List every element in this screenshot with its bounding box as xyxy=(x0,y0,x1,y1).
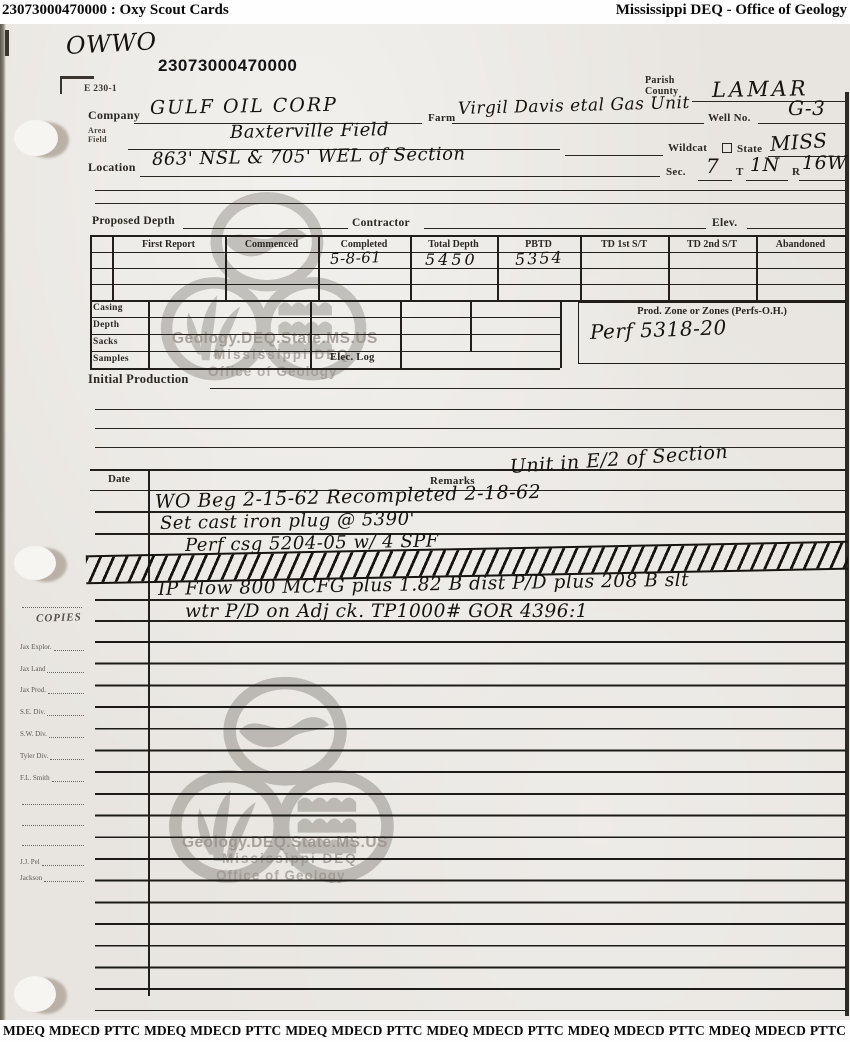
handwritten-sec-value: 7 xyxy=(706,154,719,178)
handwritten-remark-line5: wtr P/D on Adj ck. TP1000# GOR 4396:1 xyxy=(185,601,588,622)
punch-hole xyxy=(14,976,56,1012)
footer-token: PTTC xyxy=(386,1023,422,1042)
dotted-leader xyxy=(47,709,84,716)
blank-line xyxy=(95,203,845,204)
copies-item-label: Jax Prod. xyxy=(20,686,46,694)
dotted-leader xyxy=(22,819,84,826)
footer-token: MDECD xyxy=(614,1023,665,1042)
ruled-lines-block xyxy=(95,641,846,1011)
footer-token: MDEQ xyxy=(285,1023,327,1042)
copies-item: S.W. Div. xyxy=(20,730,84,738)
field-label-line2: Field xyxy=(88,135,107,144)
punch-hole-opening xyxy=(14,976,56,1012)
field-label: Area Field xyxy=(88,126,107,144)
sec-label: Sec. xyxy=(666,166,686,178)
township-underline xyxy=(746,180,788,181)
casing-grid-line xyxy=(90,334,560,336)
contractor-label: Contractor xyxy=(352,217,410,229)
copies-item-label: J.J. Pel xyxy=(20,858,40,866)
contractor-underline xyxy=(424,228,706,229)
range-label: R xyxy=(792,166,800,178)
elec-log-label: Elec. Log xyxy=(330,352,375,363)
footer-token: MDECD xyxy=(331,1023,382,1042)
footer-token: MDECD xyxy=(755,1023,806,1042)
handwritten-field-value: Baxterville Field xyxy=(230,119,389,143)
handwritten-total-depth: 5450 xyxy=(425,250,478,269)
farm-underline xyxy=(452,123,704,124)
watermark-text-office: Office of Geology xyxy=(208,364,338,379)
township-label: T xyxy=(736,166,744,178)
company-label: Company xyxy=(88,108,140,123)
blank-line xyxy=(95,428,846,429)
pre-wildcat-underline xyxy=(565,155,663,156)
copies-item xyxy=(20,798,84,805)
print-header: 23073000470000 : Oxy Scout Cards Mississ… xyxy=(0,0,850,24)
well-no-label: Well No. xyxy=(708,112,751,124)
copies-title: COPIES xyxy=(36,611,82,625)
well-no-underline xyxy=(758,123,846,124)
copies-item-label: S.E. Div. xyxy=(20,708,45,716)
footer-token: PTTC xyxy=(245,1023,281,1042)
location-label: Location xyxy=(88,160,136,175)
footer-token: MDEQ xyxy=(3,1023,45,1042)
handwritten-well-no-value: G-3 xyxy=(788,96,825,120)
range-underline xyxy=(799,180,846,181)
footer-token: MDEQ xyxy=(426,1023,468,1042)
col-header-commenced: Commenced xyxy=(225,239,318,250)
sacks-row-label: Sacks xyxy=(93,337,118,347)
footer-token: MDEQ xyxy=(144,1023,186,1042)
copies-item-label: Tyler Div. xyxy=(20,752,48,760)
elev-underline xyxy=(747,228,845,229)
location-underline xyxy=(140,176,660,177)
casing-grid-line xyxy=(560,300,562,368)
dotted-leader xyxy=(22,798,84,805)
date-column-header: Date xyxy=(90,473,148,485)
footer-token: PTTC xyxy=(810,1023,846,1042)
casing-grid-line xyxy=(90,317,560,319)
samples-row-label: Samples xyxy=(93,354,129,364)
blank-line xyxy=(95,447,846,448)
dotted-leader xyxy=(50,753,84,760)
col-header-td-2nd: TD 2nd S/T xyxy=(668,239,756,250)
dotted-leader xyxy=(49,731,84,738)
scanned-scout-card-page: 23073000470000 : Oxy Scout Cards Mississ… xyxy=(0,0,850,1042)
paper-edge-mark xyxy=(5,30,9,56)
wildcat-label: Wildcat xyxy=(668,142,707,154)
footer-token: MDEQ xyxy=(709,1023,751,1042)
casing-grid-line xyxy=(90,351,560,353)
footer-token: MDECD xyxy=(473,1023,524,1042)
copies-item-label: S.W. Div. xyxy=(20,730,47,738)
col-header-total-depth: Total Depth xyxy=(410,239,497,250)
copies-item xyxy=(20,819,84,826)
punch-hole-opening xyxy=(14,546,56,580)
dotted-leader xyxy=(44,875,84,882)
handwritten-completed-date: 5-8-61 xyxy=(330,248,382,268)
copies-item: Jax Prod. xyxy=(20,686,84,694)
footer-token: MDEQ xyxy=(568,1023,610,1042)
copies-item-label: F.L. Smith xyxy=(20,774,50,782)
field-label-line1: Area xyxy=(88,126,107,135)
depth-row-label: Depth xyxy=(93,320,119,330)
copies-item: S.E. Div. xyxy=(20,708,84,716)
copies-item: Tyler Div. xyxy=(20,752,84,760)
handwritten-company-value: GULF OIL CORP xyxy=(150,94,338,119)
copies-item-label: Jax Land xyxy=(20,665,45,673)
handwritten-prod-zone-value: Perf 5318-20 xyxy=(590,315,728,344)
sec-underline xyxy=(698,180,732,181)
col-header-abandoned: Abandoned xyxy=(756,239,845,250)
dotted-leader xyxy=(42,859,84,866)
copies-item: F.L. Smith xyxy=(20,774,84,782)
blank-line xyxy=(95,409,846,410)
casing-grid-line xyxy=(310,300,312,368)
copies-item: Jackson xyxy=(20,874,84,882)
copies-divider xyxy=(22,607,82,608)
punch-hole-opening xyxy=(14,120,58,156)
print-header-right: Mississippi DEQ - Office of Geology xyxy=(616,2,847,24)
handwritten-township-value: 1N xyxy=(750,154,780,176)
copies-item xyxy=(20,839,84,846)
table-border xyxy=(90,235,846,237)
copies-item-label: Jackson xyxy=(20,874,42,882)
dotted-leader xyxy=(47,666,84,673)
casing-row-label: Casing xyxy=(93,303,123,313)
punch-hole xyxy=(14,120,58,156)
copies-item: Jax Explor. xyxy=(20,643,84,651)
elev-label: Elev. xyxy=(712,217,737,229)
parish-label-line1: Parish xyxy=(645,75,678,86)
copies-item-label: Jax Explor. xyxy=(20,643,52,651)
dotted-leader xyxy=(52,775,84,782)
copies-item: Jax Land xyxy=(20,665,84,673)
col-header-first-report: First Report xyxy=(112,239,225,250)
proposed-depth-label: Proposed Depth xyxy=(92,215,175,227)
dotted-leader xyxy=(54,644,85,651)
proposed-depth-underline xyxy=(183,228,348,229)
dotted-leader xyxy=(48,687,84,694)
api-number: 23073000470000 xyxy=(158,56,297,76)
initial-production-underline xyxy=(210,388,846,389)
copies-item: J.J. Pel xyxy=(20,858,84,866)
footer-token: PTTC xyxy=(528,1023,564,1042)
casing-grid-line xyxy=(90,300,92,368)
print-header-left: 23073000470000 : Oxy Scout Cards xyxy=(2,2,229,24)
initial-production-label: Initial Production xyxy=(88,372,189,387)
table-border xyxy=(90,284,846,286)
punch-hole xyxy=(14,546,56,580)
form-code: E 230-1 xyxy=(84,84,117,94)
casing-grid-line xyxy=(90,368,560,370)
handwritten-remark-line2: Set cast iron plug @ 5390' xyxy=(160,509,415,534)
footer-token: PTTC xyxy=(669,1023,705,1042)
print-footer: MDEQMDECDPTTCMDEQMDECDPTTCMDEQMDECDPTTCM… xyxy=(0,1020,850,1042)
casing-grid-line xyxy=(470,300,472,351)
paper-left-edge xyxy=(0,24,6,1020)
handwritten-owwo-note: OWWO xyxy=(65,27,157,60)
wildcat-checkbox xyxy=(722,143,732,153)
handwritten-pbtd: 5354 xyxy=(515,247,565,269)
remarks-border xyxy=(90,469,846,471)
handwritten-range-value: 16W xyxy=(802,152,847,174)
footer-token: PTTC xyxy=(104,1023,140,1042)
casing-grid-line xyxy=(400,300,402,368)
col-header-td-1st: TD 1st S/T xyxy=(580,239,668,250)
table-border xyxy=(90,235,92,300)
dotted-leader xyxy=(22,839,84,846)
footer-token: MDECD xyxy=(190,1023,241,1042)
blank-line xyxy=(95,190,845,191)
casing-grid-line xyxy=(148,300,150,368)
remarks-rule xyxy=(95,620,846,622)
footer-token: MDECD xyxy=(49,1023,100,1042)
